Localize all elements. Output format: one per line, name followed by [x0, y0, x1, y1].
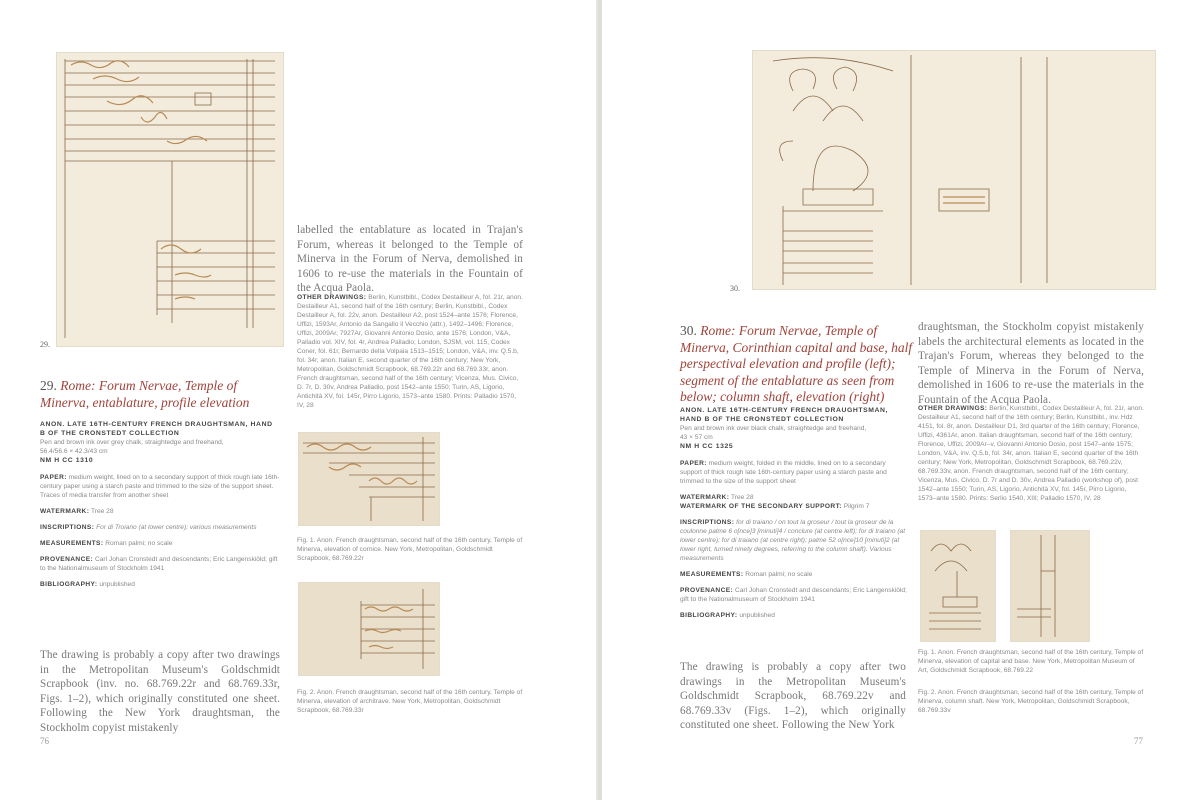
- fig-2-caption-right: Fig. 2. Anon. French draughtsman, second…: [918, 688, 1144, 715]
- entry-29-title-text: Rome: Forum Nervae, Temple of Minerva, e…: [40, 378, 249, 410]
- entry-30-field-inscriptions: INSCRIPTIONS: for di traiano / on tout l…: [680, 518, 908, 563]
- page-number-left: 76: [40, 736, 49, 746]
- entry-29-number: 29.: [40, 378, 57, 393]
- column-shaft-drawing-icon: [1011, 531, 1089, 641]
- entry-30-body: The drawing is probably a copy after two…: [680, 660, 906, 733]
- entry-29-field-paper: PAPER: medium weight, lined on to a seco…: [40, 473, 280, 500]
- page-number-right: 77: [1134, 736, 1143, 746]
- plate-29-image: [56, 52, 284, 347]
- capital-base-drawing-icon: [921, 531, 995, 641]
- entry-30-attribution: ANON. LATE 16TH-CENTURY FRENCH DRAUGHTSM…: [680, 406, 908, 424]
- entry-30-dimensions: 43 × 57 cm: [680, 433, 908, 442]
- fig-2-caption: Fig. 2. Anon. French draughtsman, second…: [297, 688, 527, 715]
- entry-29-field-bibliography: BIBLIOGRAPHY: unpublished: [40, 580, 280, 589]
- entry-30-medium: Pen and brown ink over black chalk, stra…: [680, 424, 908, 433]
- entry-29-metadata: ANON. LATE 16TH-CENTURY FRENCH DRAUGHTSM…: [40, 420, 280, 596]
- entry-29-medium: Pen and brown ink over grey chalk, strai…: [40, 438, 280, 447]
- fig-2-column-shaft-image: [1010, 530, 1090, 642]
- entry-30-field-measurements: MEASUREMENTS: Roman palmi; no scale: [680, 570, 908, 579]
- entry-30-field-provenance: PROVENANCE: Carl Johan Cronstedt and des…: [680, 586, 908, 604]
- cornice-drawing-icon: [299, 433, 439, 525]
- entry-29-field-watermark: WATERMARK: Tree 28: [40, 507, 280, 516]
- entry-30-other-drawings: OTHER DRAWINGS: Berlin, Kunstbibl., Code…: [918, 404, 1146, 503]
- entry-30-metadata: ANON. LATE 16TH-CENTURY FRENCH DRAUGHTSM…: [680, 406, 908, 627]
- entry-29-inventory: NM H CC 1310: [40, 456, 280, 465]
- plate-30-number: 30.: [730, 284, 740, 293]
- entry-30-field-watermark: WATERMARK: Tree 28 WATERMARK OF THE SECO…: [680, 493, 908, 511]
- entry-29-field-measurements: MEASUREMENTS: Roman palmi; no scale: [40, 539, 280, 548]
- entry-30-number: 30.: [680, 323, 697, 338]
- plate-29-number: 29.: [40, 340, 50, 349]
- fig-1-caption: Fig. 1. Anon. French draughtsman, second…: [297, 536, 527, 563]
- entry-29-field-provenance: PROVENANCE: Carl Johan Cronstedt and des…: [40, 555, 280, 573]
- right-page: 30. 30. Rome: Forum Nervae, Temple of Mi…: [602, 0, 1200, 800]
- entry-30-title: 30. Rome: Forum Nervae, Temple of Minerv…: [680, 323, 920, 406]
- entry-29-other-drawings: OTHER DRAWINGS: Berlin, Kunstbibl., Code…: [297, 293, 525, 410]
- entry-29-body: The drawing is probably a copy after two…: [40, 648, 280, 736]
- entry-29-dimensions: 56.4/56.6 × 42.3/43 cm: [40, 447, 280, 456]
- fig-1-caption-right: Fig. 1. Anon. French draughtsman, second…: [918, 648, 1144, 675]
- entry-29-title: 29. Rome: Forum Nervae, Temple of Minerv…: [40, 378, 288, 411]
- entry-30-field-bibliography: BIBLIOGRAPHY: unpublished: [680, 611, 908, 620]
- left-page: 29. 29. Rome: Forum Nervae, Temple of Mi…: [0, 0, 598, 800]
- entry-30-title-text: Rome: Forum Nervae, Temple of Minerva, C…: [680, 323, 912, 404]
- entablature-drawing-icon: [57, 53, 283, 346]
- entry-30-field-paper: PAPER: medium weight, folded in the midd…: [680, 459, 908, 486]
- plate-30-image: [752, 50, 1156, 290]
- fig-1-capital-base-image: [920, 530, 996, 642]
- fig-1-cornice-image: [298, 432, 440, 526]
- entry-30-inventory: NM H CC 1325: [680, 442, 908, 451]
- fig-2-architrave-image: [298, 582, 440, 676]
- corinthian-capital-drawing-icon: [753, 51, 1155, 289]
- entry-29-body-continued: labelled the entablature as located in T…: [297, 223, 523, 296]
- entry-29-attribution: ANON. LATE 16TH-CENTURY FRENCH DRAUGHTSM…: [40, 420, 280, 438]
- architrave-drawing-icon: [299, 583, 439, 675]
- entry-30-body-continued: draughtsman, the Stockholm copyist mista…: [918, 320, 1144, 408]
- entry-29-field-inscriptions: INSCRIPTIONS: For di Troiano (at lower c…: [40, 523, 280, 532]
